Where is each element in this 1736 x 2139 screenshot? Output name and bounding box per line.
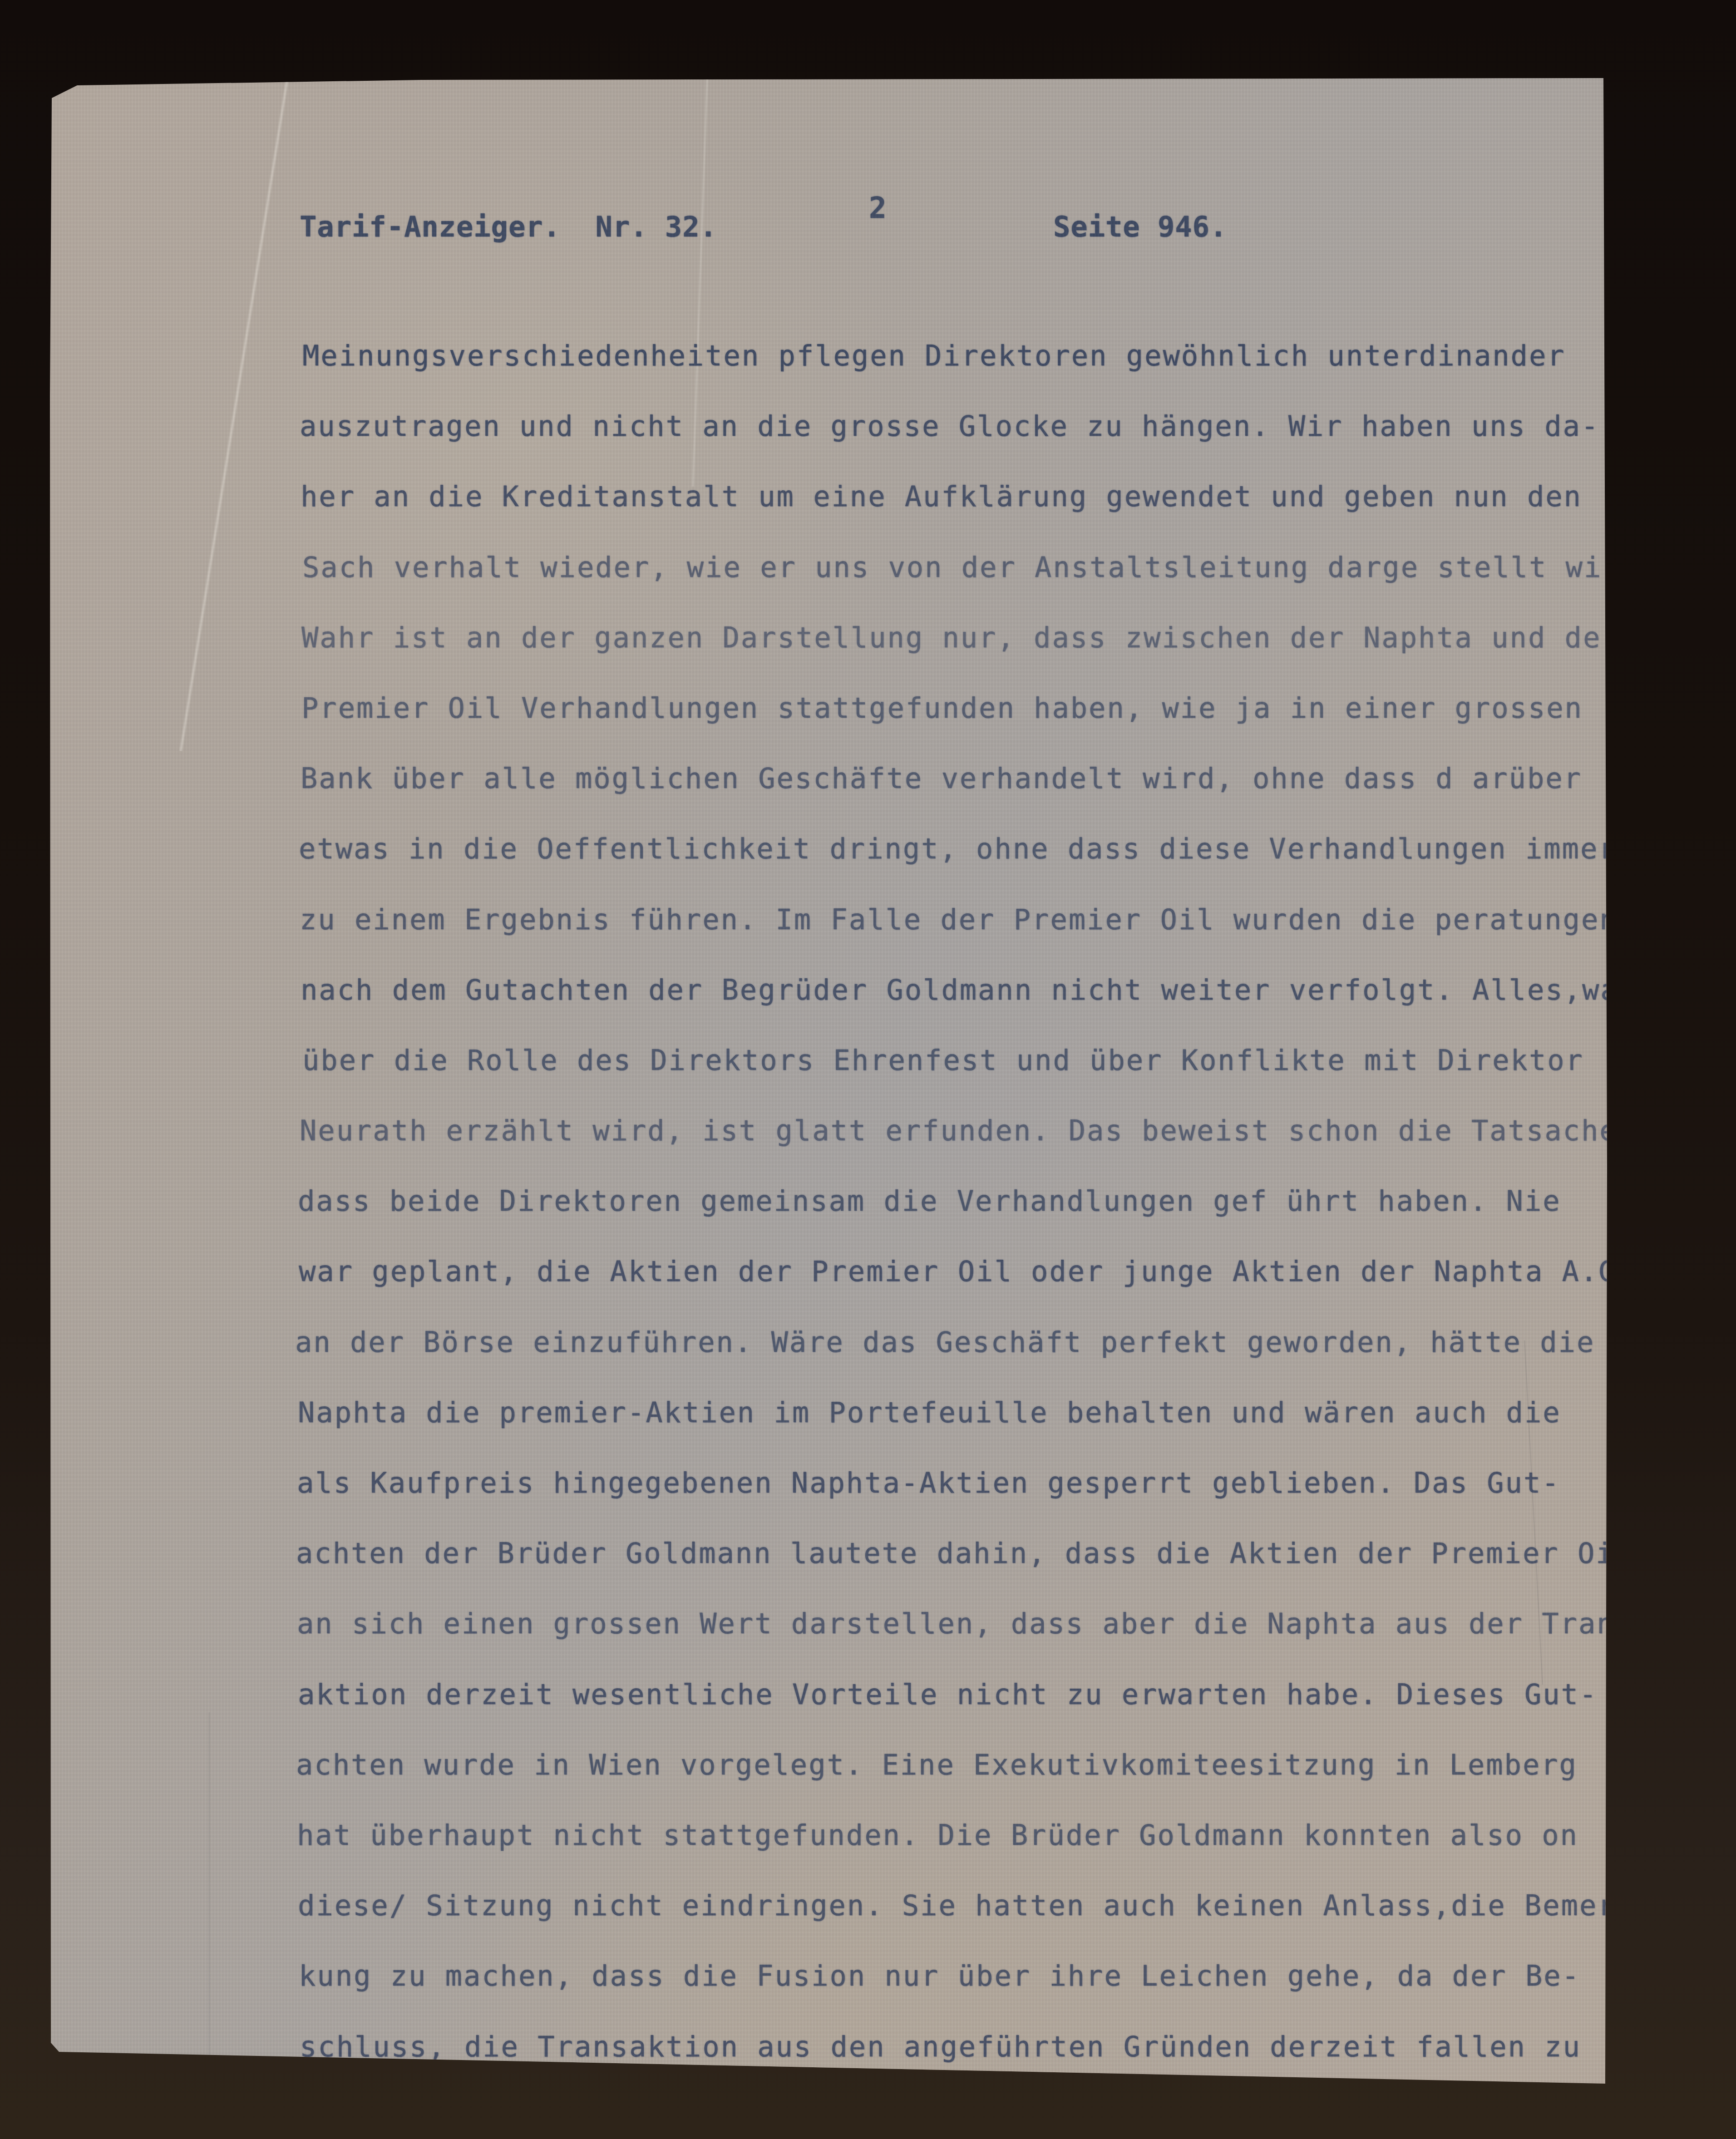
body-line: Naphta die premier-Aktien im Portefeuill…: [298, 1377, 1652, 1448]
body-line: achten wurde in Wien vorgelegt. Eine Exe…: [296, 1730, 1651, 1800]
body-line: achten der Brüder Goldmann lautete dahin…: [296, 1518, 1651, 1588]
body-line: war geplant, die Aktien der Premier Oil …: [299, 1236, 1653, 1306]
body-line: an der Börse einzuführen. Wäre das Gesch…: [295, 1307, 1650, 1377]
body-line: als Kaufpreis hingegebenen Naphta-Aktien…: [297, 1448, 1652, 1518]
body-line: nach dem Gutachten der Begrüder Goldmann…: [301, 955, 1655, 1025]
document-page: 2 Tarif-Anzeiger. Nr. 32. Seite 946. Mei…: [49, 78, 1607, 2085]
body-line: an sich einen grossen Wert darstellen, d…: [297, 1588, 1652, 1659]
page-number: 2: [869, 192, 887, 224]
body-line: auszutragen und nicht an die grosse Gloc…: [300, 391, 1654, 461]
body-line: etwas in die Oeffentlichkeit dringt, ohn…: [299, 813, 1653, 884]
body-line: diese/ Sitzung nicht eindringen. Sie hat…: [298, 1870, 1652, 1941]
body-line: Sach verhalt wieder, wie er uns von der …: [302, 532, 1657, 602]
body-line: dass beide Direktoren gemeinsam die Verh…: [298, 1166, 1652, 1236]
body-line: über die Rolle des Direktors Ehrenfest u…: [302, 1025, 1657, 1095]
body-line: her an die Kreditanstalt um eine Aufklär…: [301, 461, 1655, 532]
body-line: Meinungsverschiedenheiten pflegen Direkt…: [302, 320, 1657, 391]
paper-crease: [178, 78, 290, 751]
body-line: kung zu machen, dass die Fusion nur über…: [299, 1941, 1653, 2011]
body-line: aktion derzeit wesentliche Vorteile nich…: [298, 1659, 1652, 1730]
masthead-title: Tarif-Anzeiger. Nr. 32.: [300, 211, 717, 243]
body-line: Premier Oil Verhandlungen stattgefunden …: [301, 673, 1656, 743]
body-line: Neurath erzählt wird, ist glatt erfunden…: [300, 1095, 1654, 1166]
paper-crease: [208, 1712, 211, 2075]
body-line: zu einem Ergebnis führen. Im Falle der P…: [300, 884, 1654, 955]
page-reference: Seite 946.: [1053, 211, 1227, 243]
body-line: Bank über alle möglichen Geschäfte verha…: [301, 743, 1655, 813]
body-line: hat überhaupt nicht stattgefunden. Die B…: [297, 1800, 1652, 1870]
scanned-document-view: 2 Tarif-Anzeiger. Nr. 32. Seite 946. Mei…: [0, 0, 1736, 2139]
body-line: Wahr ist an der ganzen Darstellung nur, …: [301, 602, 1656, 673]
body-line: schluss, die Transaktion aus den angefüh…: [300, 2011, 1654, 2082]
body-text: Meinungsverschiedenheiten pflegen Direkt…: [302, 320, 1657, 2082]
